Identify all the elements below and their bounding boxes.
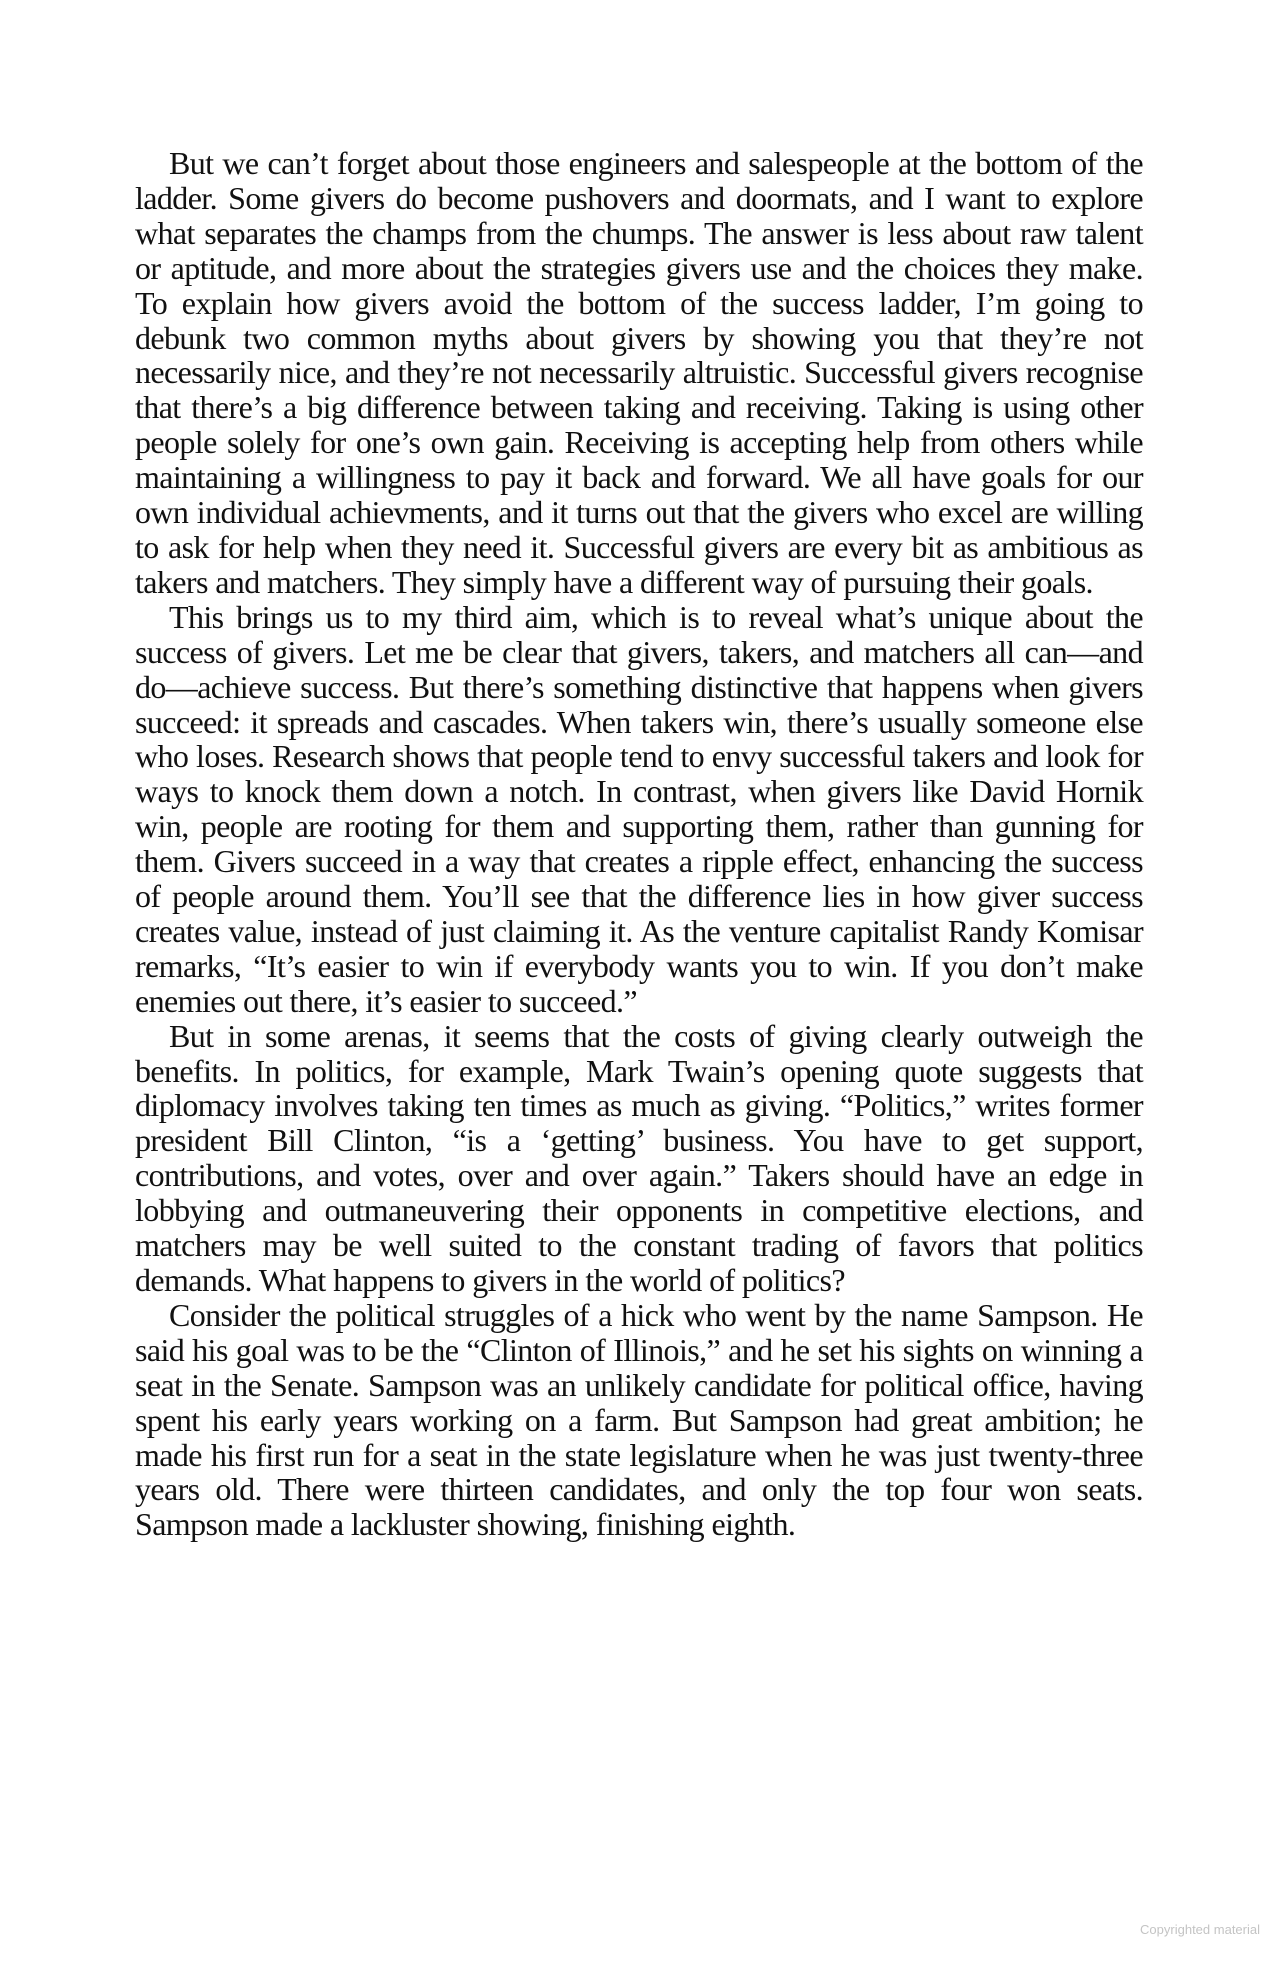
copyright-watermark: Copyrighted material: [1140, 1922, 1260, 1937]
paragraph-4: Consider the political struggles of a hi…: [135, 1298, 1143, 1542]
book-page: But we can’t forget about those engineer…: [135, 146, 1143, 1542]
paragraph-1: But we can’t forget about those engineer…: [135, 146, 1143, 600]
paragraph-3: But in some arenas, it seems that the co…: [135, 1019, 1143, 1298]
paragraph-2: This brings us to my third aim, which is…: [135, 600, 1143, 1019]
